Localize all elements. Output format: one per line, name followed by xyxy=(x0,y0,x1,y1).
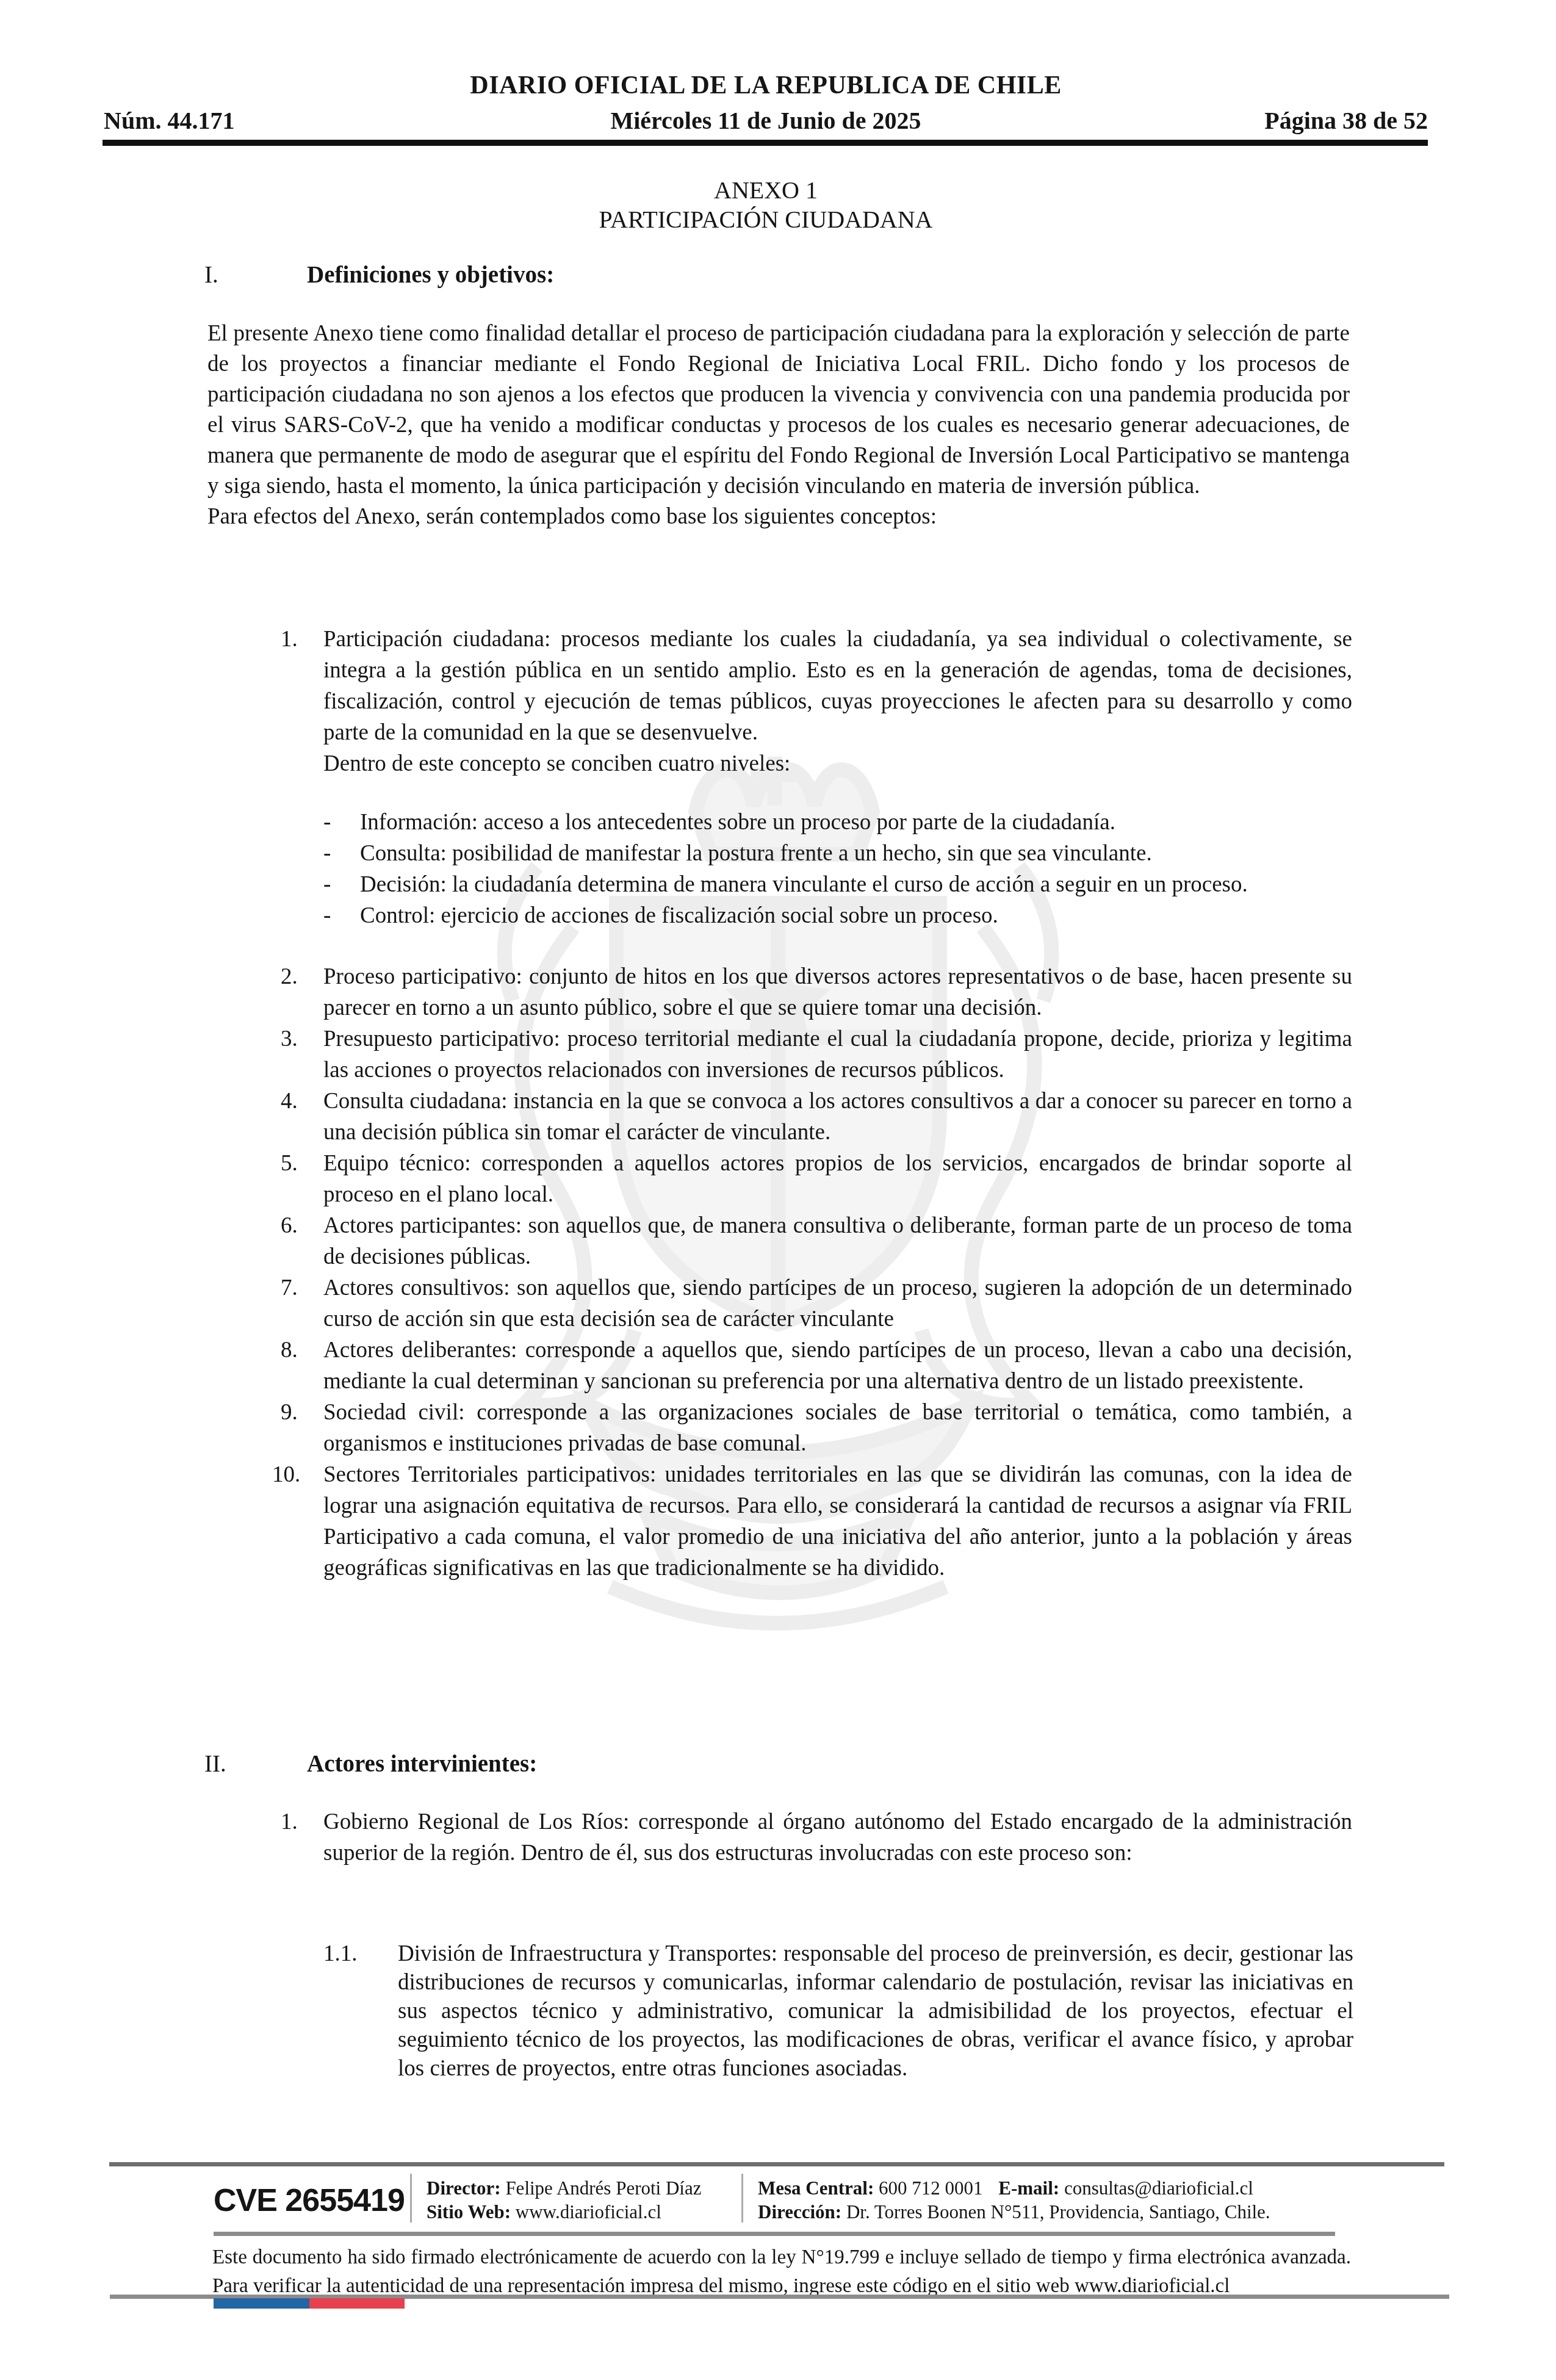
list-item: 4. Consulta ciudadana: instancia en la q… xyxy=(281,1086,1352,1148)
phone-label: Mesa Central: xyxy=(758,2177,874,2199)
list-item-text: Presupuesto participativo: proceso terri… xyxy=(323,1023,1352,1086)
director-line: Director: Felipe Andrés Peroti Díaz xyxy=(427,2176,741,2200)
address-value: Dr. Torres Boonen N°511, Providencia, Sa… xyxy=(846,2201,1270,2223)
section-1-list: 1. Participación ciudadana: procesos med… xyxy=(281,624,1352,1584)
list-item: 8. Actores deliberantes: corresponde a a… xyxy=(281,1335,1352,1397)
list-item-note: Dentro de este concepto se conciben cuat… xyxy=(323,748,1352,779)
annex-title-block: ANEXO 1 PARTICIPACIÓN CIUDADANA xyxy=(104,176,1428,234)
section-1-title: Definiciones y objetivos: xyxy=(307,262,554,288)
website-line: Sitio Web: www.diarioficial.cl xyxy=(427,2200,741,2224)
footer-middle-rule xyxy=(214,2232,1335,2236)
annex-title: ANEXO 1 xyxy=(104,176,1428,205)
list-item-text: Sectores Territoriales participativos: u… xyxy=(323,1459,1352,1584)
list-item: - Información: acceso a los antecedentes… xyxy=(323,807,1352,838)
list-item: - Control: ejercicio de acciones de fisc… xyxy=(323,900,1352,931)
intro-paragraph: El presente Anexo tiene como finalidad d… xyxy=(207,319,1350,502)
list-item-text: Participación ciudadana: procesos median… xyxy=(323,624,1352,748)
flag-blue-segment xyxy=(214,2298,309,2309)
cve-code: CVE 2655419 xyxy=(214,2173,410,2224)
list-item-text: Sociedad civil: corresponde a las organi… xyxy=(323,1397,1352,1459)
issue-date: Miércoles 11 de Junio de 2025 xyxy=(104,106,1428,135)
phone-email-line: Mesa Central: 600 712 0001 E-mail: consu… xyxy=(758,2176,1270,2200)
intro-paragraph-2: Para efectos del Anexo, serán contemplad… xyxy=(207,502,1350,532)
list-item: - Consulta: posibilidad de manifestar la… xyxy=(323,838,1352,869)
gazette-title: DIARIO OFICIAL DE LA REPUBLICA DE CHILE xyxy=(104,71,1428,100)
list-item: 9. Sociedad civil: corresponde a las org… xyxy=(281,1397,1352,1459)
footer-director-block: Director: Felipe Andrés Peroti Díaz Siti… xyxy=(412,2173,741,2224)
list-item-body: Participación ciudadana: procesos median… xyxy=(323,624,1352,779)
section-2-numeral: II. xyxy=(204,1750,307,1778)
list-item-text: Información: acceso a los antecedentes s… xyxy=(360,807,1352,838)
director-label: Director: xyxy=(427,2177,501,2199)
list-item: 1. Participación ciudadana: procesos med… xyxy=(281,624,1352,779)
phone-number: 600 712 0001 xyxy=(879,2177,983,2199)
page-indicator: Página 38 de 52 xyxy=(1264,106,1428,135)
list-item-number: 8. xyxy=(281,1335,323,1397)
header-meta-row: Núm. 44.171 Miércoles 11 de Junio de 202… xyxy=(104,106,1428,137)
section-2-list: 1. Gobierno Regional de Los Ríos: corres… xyxy=(281,1806,1352,1869)
address-line: Dirección: Dr. Torres Boonen N°511, Prov… xyxy=(758,2200,1270,2224)
header-rule xyxy=(103,140,1428,146)
list-item: 2. Proceso participativo: conjunto de hi… xyxy=(281,961,1352,1023)
list-item: 7. Actores consultivos: son aquellos que… xyxy=(281,1272,1352,1335)
list-item-text: Actores consultivos: son aquellos que, s… xyxy=(323,1272,1352,1335)
list-item-number: 3. xyxy=(281,1023,323,1086)
list-item: 5. Equipo técnico: corresponden a aquell… xyxy=(281,1148,1352,1210)
list-item-number: 4. xyxy=(281,1086,323,1148)
chile-flag-bar xyxy=(214,2298,405,2309)
footer-contact-block: Mesa Central: 600 712 0001 E-mail: consu… xyxy=(743,2173,1270,2224)
section-1-heading: I.Definiciones y objetivos: xyxy=(204,261,1352,289)
list-item-number: 1. xyxy=(281,1806,323,1869)
director-name: Felipe Andrés Peroti Díaz xyxy=(505,2177,701,2199)
email-address: consultas@diarioficial.cl xyxy=(1064,2177,1253,2199)
section-1-numeral: I. xyxy=(204,261,307,289)
list-item-number: 6. xyxy=(281,1210,323,1272)
list-item-number: 9. xyxy=(281,1397,323,1459)
list-item-text: Actores participantes: son aquellos que,… xyxy=(323,1210,1352,1272)
list-item-number: 1.1. xyxy=(323,1939,398,2083)
address-label: Dirección: xyxy=(758,2201,841,2223)
section-1-intro: El presente Anexo tiene como finalidad d… xyxy=(207,319,1350,532)
list-item-number: 5. xyxy=(281,1148,323,1210)
list-item-text: División de Infraestructura y Transporte… xyxy=(398,1939,1353,2083)
list-item: 3. Presupuesto participativo: proceso te… xyxy=(281,1023,1352,1086)
participation-levels-list: - Información: acceso a los antecedentes… xyxy=(323,807,1352,931)
list-item-text: Decisión: la ciudadanía determina de man… xyxy=(360,869,1352,900)
list-item-number: 1. xyxy=(281,624,323,779)
list-item-text: Consulta ciudadana: instancia en la que … xyxy=(323,1086,1352,1148)
dash-bullet: - xyxy=(323,807,360,838)
annex-subtitle: PARTICIPACIÓN CIUDADANA xyxy=(104,205,1428,234)
list-item-text: Control: ejercicio de acciones de fiscal… xyxy=(360,900,1352,931)
list-item-text: Proceso participativo: conjunto de hitos… xyxy=(323,961,1352,1023)
list-item-number: 2. xyxy=(281,961,323,1023)
section-2-sublist: 1.1. División de Infraestructura y Trans… xyxy=(323,1939,1353,2083)
document-page: DIARIO OFICIAL DE LA REPUBLICA DE CHILE … xyxy=(0,0,1556,2380)
dash-bullet: - xyxy=(323,838,360,869)
legal-notice: Este documento ha sido firmado electróni… xyxy=(212,2243,1351,2301)
section-2-heading: II.Actores intervinientes: xyxy=(204,1750,1352,1778)
list-item-number: 7. xyxy=(281,1272,323,1335)
list-item-number: 10. xyxy=(272,1459,323,1584)
list-item-text: Gobierno Regional de Los Ríos: correspon… xyxy=(323,1806,1352,1869)
footer-top-rule xyxy=(109,2162,1444,2166)
dash-bullet: - xyxy=(323,900,360,931)
website-label: Sitio Web: xyxy=(427,2201,511,2223)
list-item-text: Consulta: posibilidad de manifestar la p… xyxy=(360,838,1352,869)
list-item-text: Equipo técnico: corresponden a aquellos … xyxy=(323,1148,1352,1210)
list-item: 1.1. División de Infraestructura y Trans… xyxy=(323,1939,1353,2083)
website-url: www.diarioficial.cl xyxy=(516,2201,661,2223)
list-item: 6. Actores participantes: son aquellos q… xyxy=(281,1210,1352,1272)
list-item: - Decisión: la ciudadanía determina de m… xyxy=(323,869,1352,900)
dash-bullet: - xyxy=(323,869,360,900)
flag-red-segment xyxy=(309,2298,405,2309)
list-item: 10. Sectores Territoriales participativo… xyxy=(281,1459,1352,1584)
list-item-text: Actores deliberantes: corresponde a aque… xyxy=(323,1335,1352,1397)
email-label: E-mail: xyxy=(998,2177,1059,2199)
list-item: 1. Gobierno Regional de Los Ríos: corres… xyxy=(281,1806,1352,1869)
footer-info-box: CVE 2655419 Director: Felipe Andrés Pero… xyxy=(214,2173,1339,2224)
section-2-title: Actores intervinientes: xyxy=(307,1751,537,1777)
